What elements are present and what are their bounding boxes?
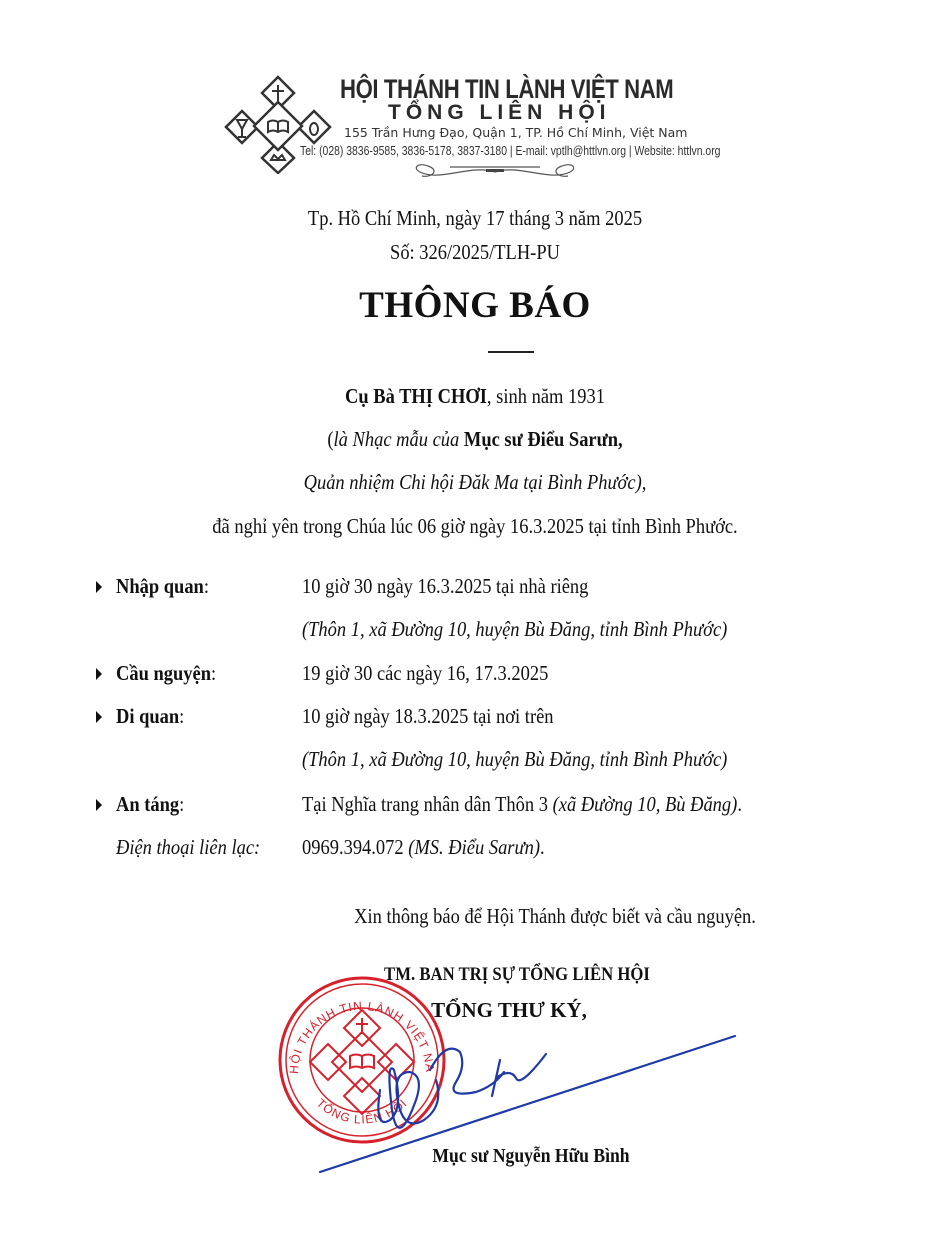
triangle-bullet-icon	[96, 581, 102, 593]
birth-year: , sinh năm 1931	[487, 384, 605, 408]
closing-text: Xin thông báo để Hội Thánh được biết và …	[137, 904, 950, 929]
letterhead-address: 155 Trần Hưng Đạo, Quận 1, TP. Hồ Chí Mi…	[344, 125, 687, 140]
title-divider	[488, 351, 534, 353]
reference-number: Số: 326/2025/TLH-PU	[57, 240, 893, 265]
passing-line: đã nghỉ yên trong Chúa lúc 06 giờ ngày 1…	[57, 514, 893, 539]
signature-authority: TM. BAN TRỊ SỰ TỔNG LIÊN HỘI	[99, 964, 935, 986]
page-title: THÔNG BÁO	[0, 284, 950, 327]
date-line: Tp. Hồ Chí Minh, ngày 17 tháng 3 năm 202…	[57, 206, 893, 231]
church-cross-emblem-icon	[222, 74, 334, 174]
triangle-bullet-icon	[96, 799, 102, 811]
relation-text: là Nhạc mẫu của	[334, 427, 464, 451]
phone-number: 0969.394.072	[302, 835, 408, 859]
letterhead-sub-organization: TỔNG LIÊN HỘI	[388, 101, 708, 125]
triangle-bullet-icon	[96, 711, 102, 723]
triangle-bullet-icon	[96, 668, 102, 680]
relation-line: (là Nhạc mẫu của Mục sư Điểu Sarưn,	[57, 427, 893, 452]
deceased-name: Cụ Bà THỊ CHƠI	[345, 384, 487, 408]
letterhead-contact: Tel: (028) 3836-9585, 3836-5178, 3837-31…	[300, 143, 720, 158]
flourish-divider-icon	[410, 160, 580, 184]
relation-pastor: Mục sư Điểu Sarưn,	[464, 427, 623, 451]
deceased-line: Cụ Bà THỊ CHƠI, sinh năm 1931	[57, 384, 893, 409]
signer-name: Mục sư Nguyễn Hữu Bình	[113, 1145, 949, 1168]
position-line: Quản nhiệm Chi hội Đăk Ma tại Bình Phước…	[57, 470, 893, 495]
